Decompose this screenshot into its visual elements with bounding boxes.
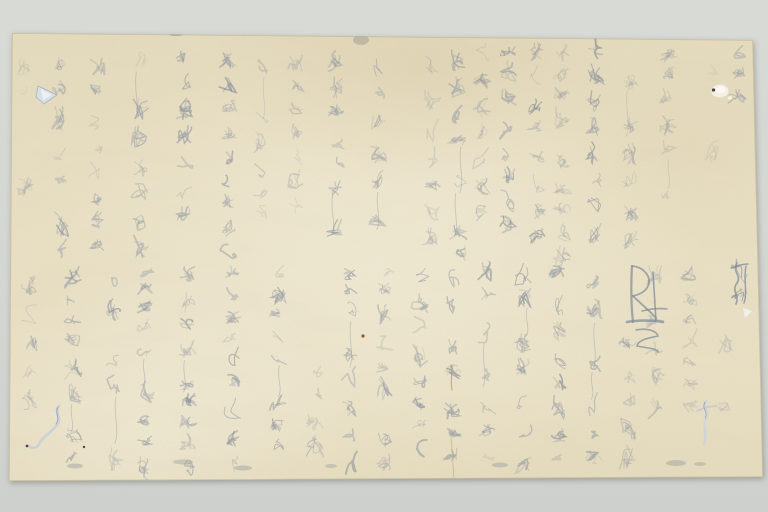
edge-smudge-1 — [169, 32, 183, 36]
edge-smudge-3 — [404, 28, 420, 32]
edge-smudge-blob — [353, 35, 369, 45]
rust-speck — [361, 334, 364, 337]
column-end-smudge-5 — [492, 463, 508, 468]
ink-speck-1 — [26, 445, 29, 448]
column-end-smudge-4 — [325, 464, 337, 468]
column-end-smudge-7 — [694, 462, 706, 466]
manuscript-paper — [0, 0, 768, 512]
edge-smudge-2 — [240, 32, 250, 36]
handwriting-layer — [0, 0, 768, 512]
paper-shadow — [0, 0, 768, 512]
column-end-smudge-1 — [67, 464, 83, 469]
column-end-smudge-2 — [173, 460, 193, 465]
column-end-smudge-6 — [666, 460, 686, 466]
scratch-stain — [451, 366, 452, 390]
column-end-smudge-3 — [234, 466, 252, 471]
worm-hole-core — [717, 87, 726, 94]
ink-speck-2 — [83, 446, 85, 448]
paper-grain — [0, 0, 768, 512]
edge-smudge-4 — [510, 31, 519, 34]
worm-hole-fleck — [728, 96, 732, 99]
worm-hole-speck — [712, 88, 715, 91]
manuscript-photograph — [0, 0, 768, 512]
